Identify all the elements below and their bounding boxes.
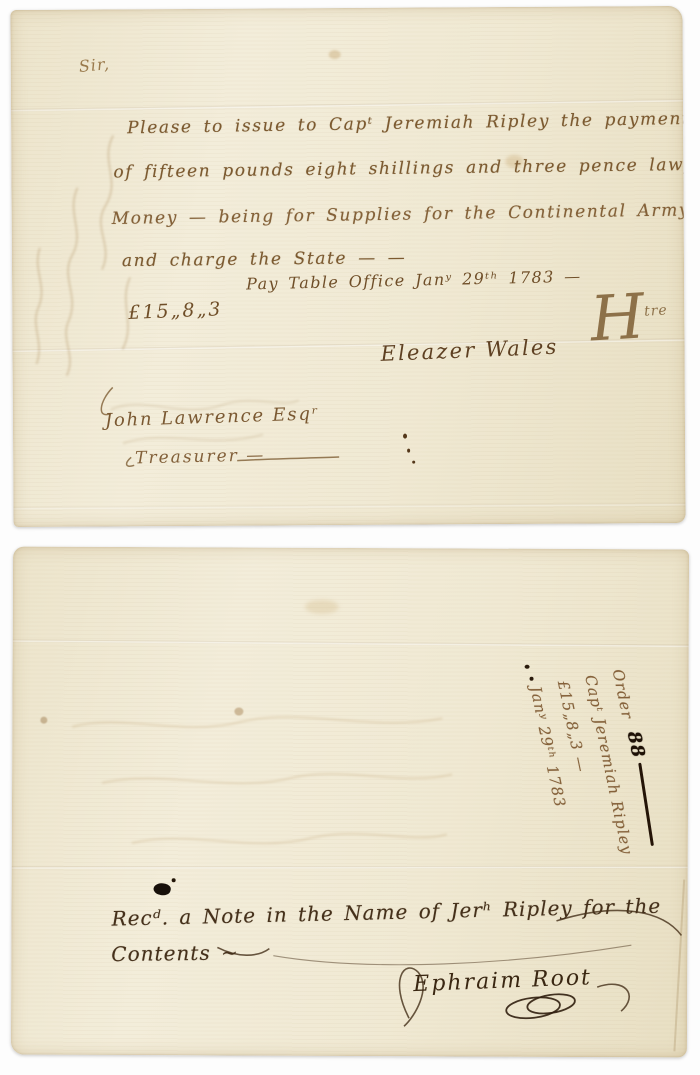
front-document-page: Sir, Please to issue to Capᵗ Jeremiah Ri…	[10, 6, 685, 527]
ink-speck	[172, 878, 176, 882]
signature-eleazer-wales: Eleazer Wales	[380, 335, 559, 366]
fold-crease	[13, 338, 685, 352]
paper-stain	[305, 600, 339, 614]
addressee: John Lawrence Esqʳ	[105, 403, 320, 431]
fold-crease	[673, 880, 685, 1052]
countersignature-flourish: Htre	[589, 284, 670, 350]
signature-ephraim-root: Ephraim Root	[413, 965, 593, 997]
paper-stain	[40, 717, 47, 724]
dateline: Pay Table Office Janʸ 29ᵗʰ 1783 —	[246, 267, 582, 294]
receipt-line: Recᵈ. a Note in the Name of Jerʰ Ripley …	[111, 894, 661, 931]
receipt-line: Contents ~	[111, 940, 239, 966]
order-body-line: of fifteen pounds eight shillings and th…	[113, 155, 685, 183]
back-document-page: Order88 Capᵗ Jeremiah Ripley £15„8„3 — J…	[11, 547, 689, 1058]
fold-crease	[13, 639, 689, 647]
order-body-line: Please to issue to Capᵗ Jeremiah Ripley …	[127, 109, 686, 138]
salutation: Sir,	[78, 54, 111, 76]
ink-speck	[407, 449, 410, 453]
order-body-line: Money — being for Supplies for the Conti…	[112, 200, 686, 229]
ink-speck	[403, 434, 407, 439]
paraph-superscript: tre	[644, 302, 669, 319]
docket-number-mark: 88	[619, 729, 652, 761]
ink-blot	[153, 882, 172, 897]
paper-stain	[234, 707, 243, 715]
ink-speck	[525, 665, 530, 669]
order-body-line: and charge the State — —	[122, 248, 407, 271]
ink-showthrough	[42, 687, 463, 899]
docket-order-word: Order	[609, 668, 637, 722]
paper-stain	[329, 50, 341, 59]
amount: £15„8„3	[128, 298, 223, 324]
addressee-title: Treasurer —	[135, 445, 265, 468]
fold-crease	[13, 503, 685, 510]
docket: Order88 Capᵗ Jeremiah Ripley £15„8„3 — J…	[516, 666, 679, 917]
paraph-initial: H	[588, 279, 646, 355]
docket-mark-stroke	[638, 763, 654, 846]
ink-speck	[530, 677, 534, 681]
ink-speck	[412, 461, 415, 464]
